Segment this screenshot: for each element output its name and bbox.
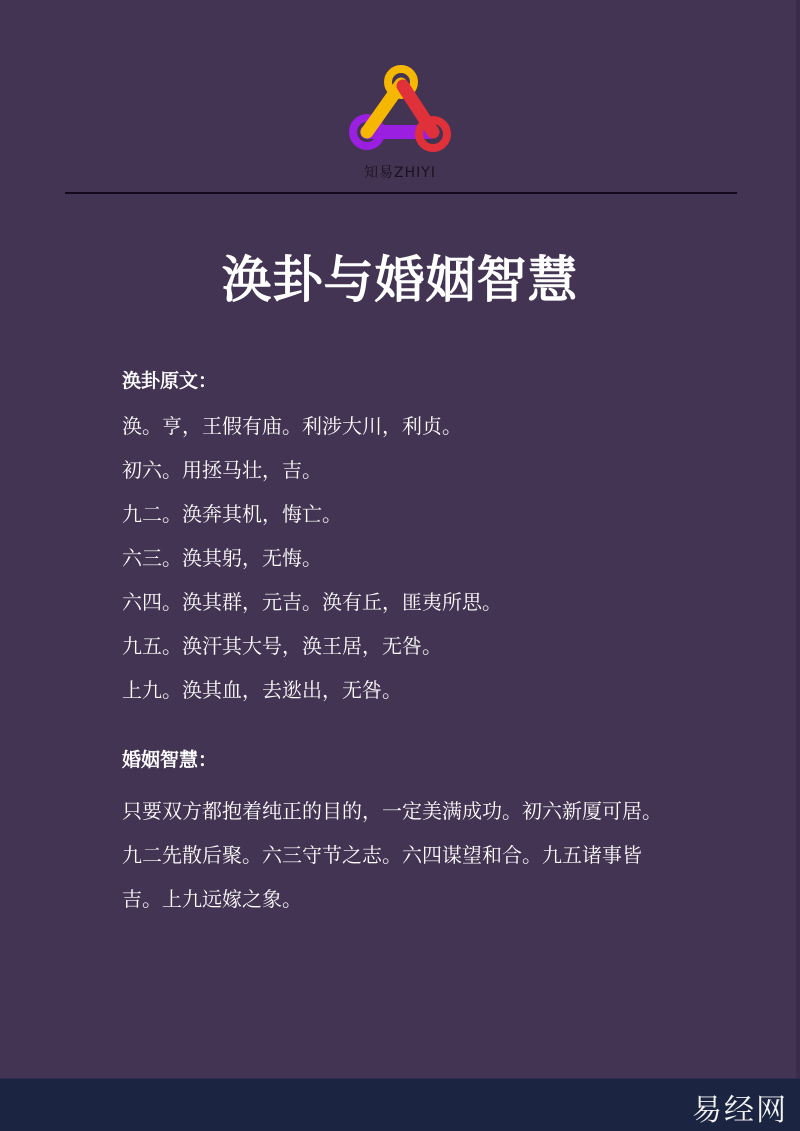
page-title: 涣卦与婚姻智慧 — [0, 240, 800, 312]
original-line: 九二。涣奔其机，悔亡。 — [122, 492, 502, 536]
zhiyi-logo: 知易ZHIYI — [345, 62, 455, 187]
original-line: 九五。涣汗其大号，涣王居，无咎。 — [122, 624, 502, 668]
marriage-wisdom-section: 婚姻智慧： 只要双方都抱着纯正的目的，一定美满成功。初六新厦可居。 九二先散后聚… — [122, 745, 662, 921]
original-line: 六三。涣其躬，无悔。 — [122, 536, 502, 580]
header-divider — [65, 192, 737, 194]
logo-text: 知易ZHIYI — [345, 162, 455, 182]
wisdom-line: 九二先散后聚。六三守节之志。六四谋望和合。九五诸事皆 — [122, 833, 662, 877]
original-text-section: 涣卦原文： 涣。亨，王假有庙。利涉大川，利贞。 初六。用拯马壮，吉。 九二。涣奔… — [122, 366, 502, 712]
page-edge — [796, 0, 800, 1078]
wisdom-heading: 婚姻智慧： — [122, 745, 662, 775]
wisdom-line: 吉。上九远嫁之象。 — [122, 877, 662, 921]
original-line: 涣。亨，王假有庙。利涉大川，利贞。 — [122, 404, 502, 448]
wisdom-line: 只要双方都抱着纯正的目的，一定美满成功。初六新厦可居。 — [122, 789, 662, 833]
original-heading: 涣卦原文： — [122, 366, 502, 396]
original-line: 上九。涣其血，去逖出，无咎。 — [122, 668, 502, 712]
triangle-link-logo-icon — [345, 62, 455, 162]
original-line: 初六。用拯马壮，吉。 — [122, 448, 502, 492]
footer-bar: 易经网 — [0, 1078, 800, 1131]
original-line: 六四。涣其群，元吉。涣有丘，匪夷所思。 — [122, 580, 502, 624]
footer-brand: 易经网 — [692, 1085, 788, 1129]
